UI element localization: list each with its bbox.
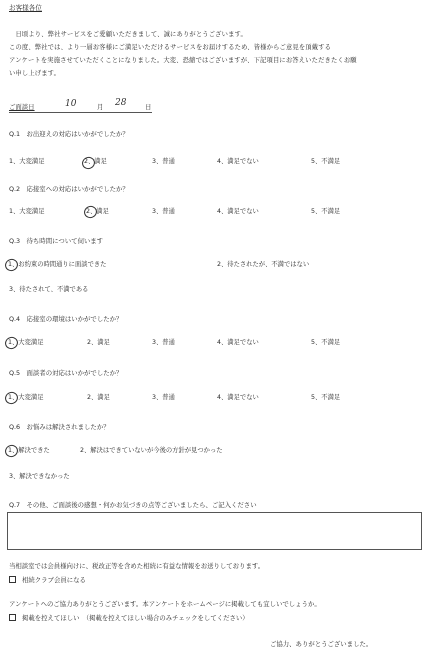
q4-selected-circle [3, 335, 19, 351]
q3-option-1[interactable]: 1、お約束の時間通りに面談できた [8, 262, 106, 268]
club-notice: 当相談室では会員様向けに、税改正等を含めた相続に有益な情報をお送りしております。 [9, 563, 264, 569]
q5-option-3[interactable]: 3、普通 [152, 395, 175, 401]
question-2-title: Q.2 応接室への対応はいかがでしたか？ [9, 186, 129, 192]
question-1-title: Q.1 お出迎えの対応はいかがでしたか？ [9, 131, 129, 137]
intro-line-1: 日頃より、弊社サービスをご愛顧いただきまして、誠にありがとうございます。 [9, 32, 247, 38]
salutation: お客様各位 [9, 5, 42, 12]
club-checkbox-row[interactable]: 相続クラブ会員になる [9, 576, 86, 583]
day-value[interactable]: 28 [115, 99, 126, 108]
intro-line-4: い申し上げます。 [9, 71, 60, 77]
comment-textarea[interactable] [7, 512, 422, 550]
q4-option-5[interactable]: 5、不満足 [311, 340, 340, 346]
q4-option-3[interactable]: 3、普通 [152, 340, 175, 346]
q4-option-4[interactable]: 4、満足でない [217, 340, 259, 346]
q2-option-5[interactable]: 5、不満足 [311, 209, 340, 215]
question-6-title: Q.6 お悩みは解決されましたか？ [9, 424, 110, 430]
publish-checkbox-row[interactable]: 掲載を控えてほしい （掲載を控えてほしい場合のみチェックをしてください） [9, 614, 249, 621]
intro-line-3: アンケートを実施させていただくことになりました。大変、恐縮ではございますが、下記… [9, 58, 357, 64]
interview-date: ご面談日 10 月 28 日 [9, 104, 169, 116]
q2-option-4[interactable]: 4、満足でない [217, 209, 259, 215]
closing-message: ご協力、ありがとうございました。 [270, 641, 372, 647]
q2-option-1[interactable]: 1、大変満足 [9, 209, 45, 215]
date-underline [9, 112, 152, 113]
q6-option-2[interactable]: 2、解決はできていないが今後の方針が見つかった [80, 448, 223, 454]
question-7-title: Q.7 その他、ご面談後の感想・何かお気づきの点等ございましたら、ご記入ください [9, 502, 257, 508]
question-4-title: Q.4 応接室の環境はいかがでしたか？ [9, 316, 122, 322]
club-checkbox[interactable] [9, 576, 16, 583]
publish-checkbox-label: 掲載を控えてほしい （掲載を控えてほしい場合のみチェックをしてください） [22, 614, 249, 622]
q2-selected-circle [82, 204, 98, 220]
q5-option-2[interactable]: 2、満足 [87, 395, 110, 401]
month-value[interactable]: 10 [65, 100, 76, 109]
q6-option-3[interactable]: 3、解決できなかった [9, 474, 70, 480]
q3-option-3[interactable]: 3、待たされて、不満である [9, 287, 88, 293]
q5-selected-circle [3, 390, 19, 406]
publish-notice: アンケートへのご協力ありがとうございます。本アンケートをホームページに掲載しても… [9, 601, 321, 607]
question-5-title: Q.5 面談者の対応はいかがでしたか？ [9, 370, 122, 376]
q5-option-4[interactable]: 4、満足でない [217, 395, 259, 401]
q5-option-5[interactable]: 5、不満足 [311, 395, 340, 401]
q1-option-4[interactable]: 4、満足でない [217, 159, 259, 165]
month-unit: 月 [97, 104, 103, 110]
day-unit: 日 [145, 104, 151, 110]
q2-option-3[interactable]: 3、普通 [152, 209, 175, 215]
publish-checkbox[interactable] [9, 614, 16, 621]
club-checkbox-label: 相続クラブ会員になる [22, 576, 86, 584]
q1-option-1[interactable]: 1、大変満足 [9, 159, 45, 165]
q1-option-5[interactable]: 5、不満足 [311, 159, 340, 165]
q3-selected-circle [3, 257, 19, 273]
q6-selected-circle [3, 443, 19, 459]
q1-option-3[interactable]: 3、普通 [152, 159, 175, 165]
question-3-title: Q.3 待ち時間について伺います [9, 238, 103, 244]
q4-option-2[interactable]: 2、満足 [87, 340, 110, 346]
intro-line-2: この度、弊社では、より一層お客様にご満足いただけるサービスをお届けするため、皆様… [9, 45, 331, 51]
interview-date-label: ご面談日 [9, 104, 35, 110]
q3-option-2[interactable]: 2、待たされたが、不満ではない [217, 262, 309, 268]
